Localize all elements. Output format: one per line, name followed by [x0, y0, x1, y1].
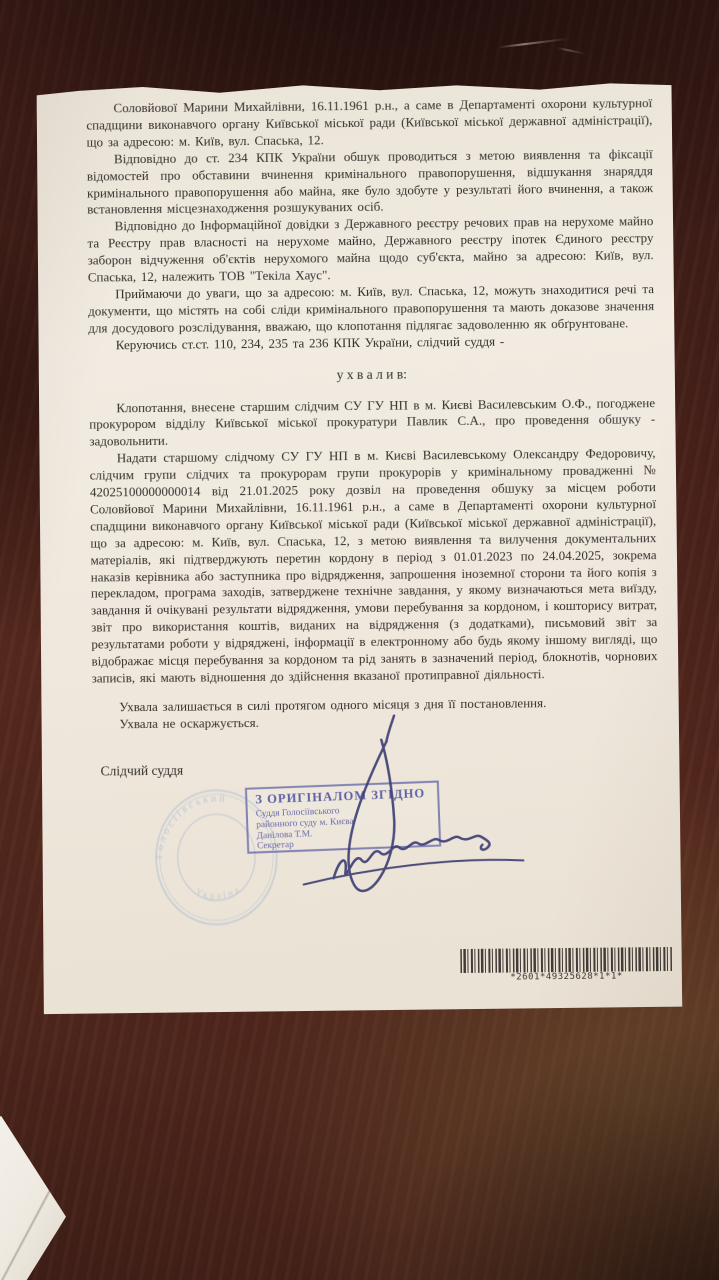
- paragraph: Відповідно до Інформаційної довідки з Де…: [87, 213, 654, 286]
- signatory-title: Слідчий суддя: [101, 762, 184, 778]
- signature-ink: [236, 736, 538, 914]
- photo-background: Соловйової Марини Михайлівни, 16.11.1961…: [0, 0, 719, 1280]
- barcode-text: *2601*49325628*1*1*: [461, 971, 673, 983]
- svg-text:Україна: Україна: [193, 883, 243, 904]
- seal-bottom-text: Україна: [193, 883, 243, 904]
- barcode-bars: [460, 947, 672, 973]
- document-body: Соловйової Марини Михайлівни, 16.11.1961…: [34, 81, 680, 734]
- barcode: *2601*49325628*1*1*: [460, 947, 672, 983]
- paragraph: Соловйової Марини Михайлівни, 16.11.1961…: [86, 95, 652, 151]
- ruling-heading: у х в а л и в:: [89, 364, 655, 386]
- paragraph: Приймаючи до уваги, що за адресою: м. Ки…: [88, 281, 654, 337]
- table-scratch: [557, 47, 587, 55]
- paragraph: Відповідно до ст. 234 КПК України обшук …: [87, 146, 654, 219]
- paragraph: Надати старшому слідчому СУ ГУ НП в м. К…: [90, 445, 658, 687]
- second-paper-corner: [0, 1116, 66, 1280]
- paragraph: Клопотання, внесене старшим слідчим СУ Г…: [89, 395, 655, 451]
- document-page: Соловйової Марини Михайлівни, 16.11.1961…: [34, 81, 683, 1015]
